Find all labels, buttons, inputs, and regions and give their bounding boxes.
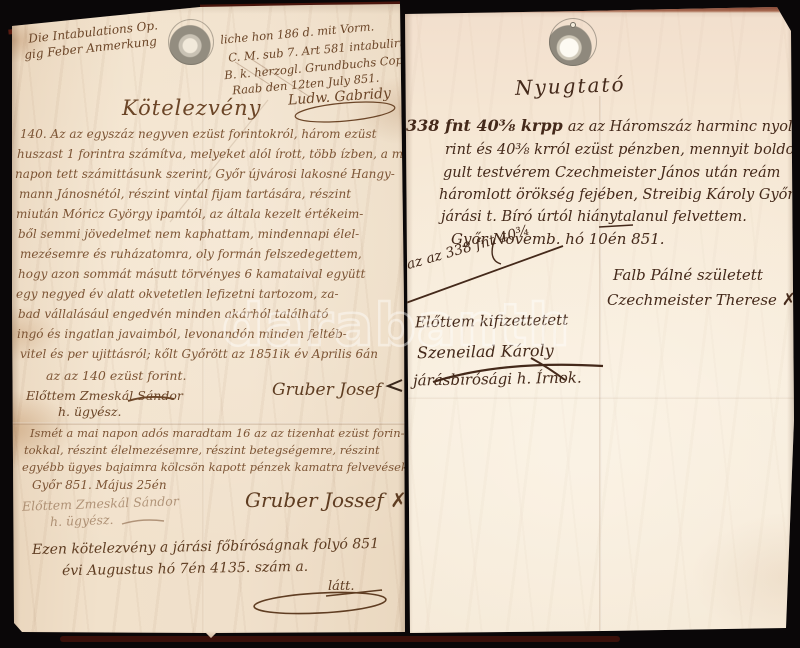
- signature-x-mark: ✗: [390, 488, 406, 512]
- fold-crease-horizontal: [403, 396, 795, 399]
- registry-line: évi Augustus hó 7én 4135. szám a.: [62, 560, 308, 578]
- body-line: mezésemre és ruházatomra, oly formán fel…: [20, 248, 362, 260]
- addendum-line: egyébb ügyes bajaimra kölcsön kapott pén…: [22, 462, 406, 474]
- body-line: háromlott örökség fejében, Streibig Káro…: [439, 188, 794, 203]
- amount-words: az az Háromszáz harminc nyolc fo-: [568, 119, 795, 135]
- signature: Falb Pálné született: [613, 268, 763, 283]
- amount-figure: 338 fnt 40⅜ krpp: [406, 116, 563, 135]
- signature: Gruber Josef: [272, 382, 381, 399]
- fold-crease-horizontal: [10, 422, 406, 425]
- body-line: rint és 40⅜ krról ezüst pénzben, mennyit…: [445, 143, 795, 158]
- body-line: járási t. Bíró úrtól hiánytalanul felvet…: [441, 210, 747, 225]
- body-line: napon tett számittásunk szerint, Győr új…: [15, 168, 395, 180]
- revenue-stamp-icon: [549, 18, 597, 66]
- amount-line: az az 140 ezüst forint.: [46, 370, 186, 383]
- signature-x-mark: ✗: [782, 290, 795, 310]
- witness-line: Előttem Zmeskál Sándor: [22, 495, 179, 513]
- signature: Gruber Jossef ✗: [245, 490, 406, 510]
- body-line: 140. Az az egyszáz negyven ezüst forinto…: [20, 128, 377, 140]
- body-line: ből semmi jövedelmet nem kaphattam, mind…: [18, 228, 359, 240]
- witness-line: Előttem Zmeskál Sándor: [26, 390, 183, 403]
- body-line: 338 fnt 40⅜ krpp az az Háromszáz harminc…: [406, 118, 795, 135]
- document-title: Nyugtató: [515, 74, 626, 98]
- body-line: gult testvérem Czechmeister János után r…: [443, 166, 780, 181]
- paper-red-edge-bottom: [60, 636, 620, 642]
- registry-line: Ezen kötelezvény a járási főbíróságnak f…: [32, 537, 379, 557]
- body-line: mann Jánosnétól, részint vintal fijam ta…: [19, 188, 351, 200]
- witness-line: h. ügyész.: [58, 406, 121, 419]
- body-line: miután Móricz György ipamtól, az általa …: [16, 208, 363, 220]
- addendum-line: Ismét a mai napon adós maradtam 16 az az…: [30, 428, 405, 440]
- witness-line: h. ügyész.: [50, 514, 114, 529]
- auction-house-watermark: darabanth: [222, 291, 570, 359]
- signature-name: Czechmeister Therese: [607, 291, 777, 309]
- document-title: Kötelezvény: [122, 98, 262, 119]
- photo-scene: Die Intabulations Op. gig Feber Anmerkun…: [0, 0, 800, 648]
- body-line: hogy azon sommát másutt törvényes 6 kama…: [18, 268, 365, 280]
- marbled-paper-edge: [403, 6, 795, 13]
- signature: Czechmeister Therese ✗: [607, 292, 795, 309]
- addendum-date: Győr 851. Május 25én: [32, 479, 167, 491]
- signature-name: Gruber Jossef: [245, 488, 384, 512]
- body-line: huszast 1 forintra számítva, melyeket al…: [17, 148, 406, 160]
- witness-line: járásbírósági h. Írnok.: [413, 371, 582, 389]
- revenue-stamp-icon: [168, 19, 214, 65]
- registry-seen: látt.: [328, 580, 355, 593]
- addendum-line: tokkal, részint élelmezésemre, részint b…: [24, 445, 380, 457]
